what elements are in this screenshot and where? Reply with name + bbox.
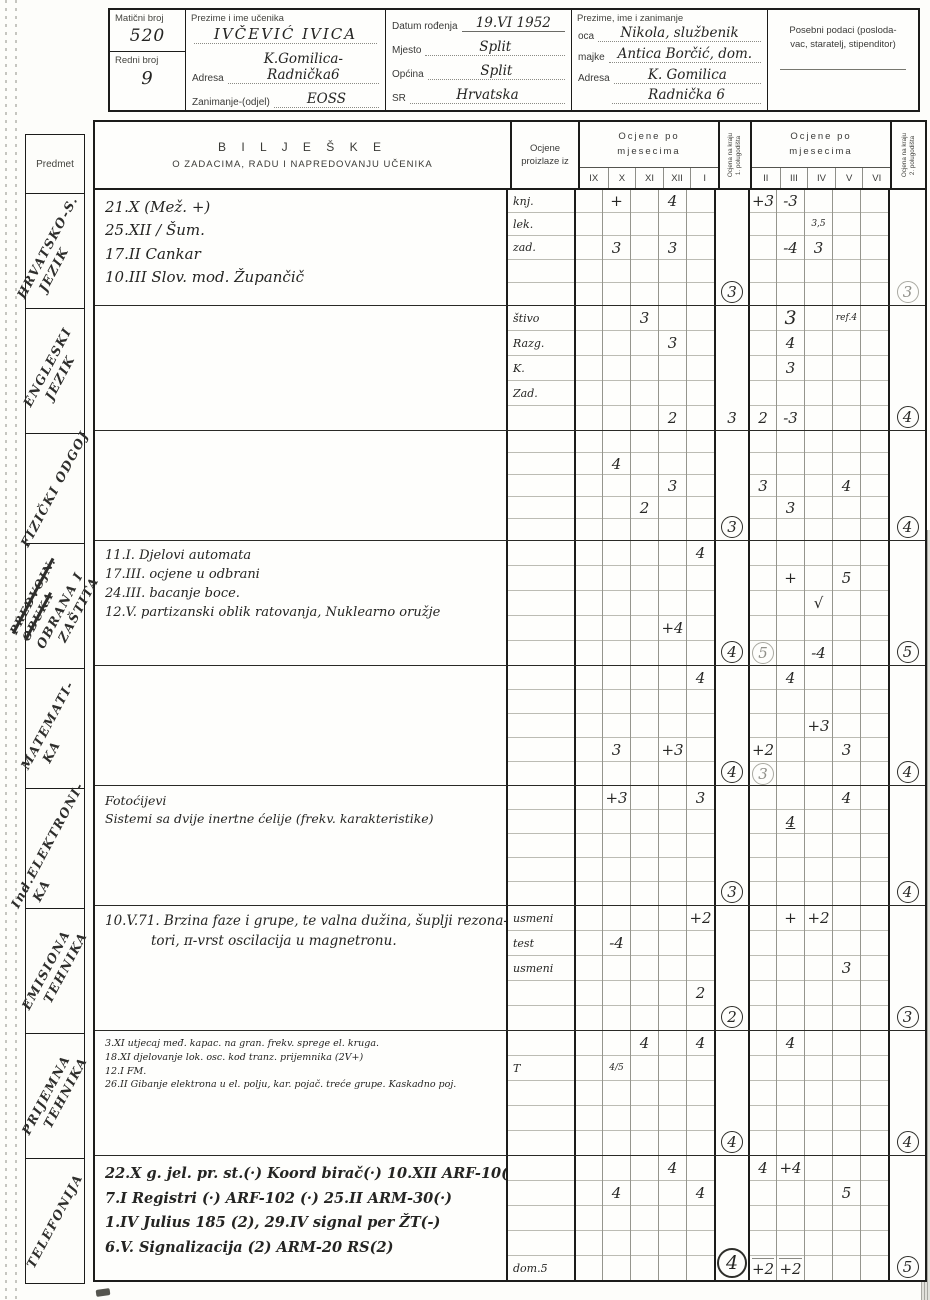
grade-cell <box>833 1156 860 1180</box>
grade-cell <box>631 1055 658 1080</box>
grade-cell <box>576 330 602 355</box>
birth-column: Datum rođenja 19.VI 1952 Mjesto Split Op… <box>386 10 572 110</box>
semester2-label: Ocjena na kraju 2. polugodišta <box>901 133 917 177</box>
grade-cell <box>805 980 832 1005</box>
grade-cell <box>833 405 860 430</box>
grade-cell <box>659 906 686 930</box>
proizlaze-header: Ocjene proizlaze iz <box>510 122 578 188</box>
semester1-final-grade: 2 <box>721 1006 743 1028</box>
student-header-box: Matični broj 520 Redni broj 9 Prezime i … <box>108 8 920 112</box>
subject-label: MATEMATI-KA <box>18 677 93 779</box>
adresa-label: Adresa <box>192 73 228 84</box>
grade-cell <box>576 496 602 518</box>
grade-cell <box>805 518 832 540</box>
grade-cell <box>659 809 686 833</box>
grade-cell <box>861 930 888 955</box>
semester2-final-grade: 3 <box>897 281 919 303</box>
grade-cell <box>750 306 776 330</box>
sources-column <box>506 541 574 665</box>
grade-cell <box>576 1080 602 1105</box>
grade-cell <box>777 640 804 665</box>
source-cell: usmeni <box>508 906 574 930</box>
grade-mark: -4 <box>609 934 624 952</box>
datum-row: Datum rođenja 19.VI 1952 <box>386 15 571 32</box>
source-cell <box>508 615 574 640</box>
grade-mark: 3 <box>612 741 622 759</box>
month-column-IX <box>574 541 602 665</box>
grade-cell <box>833 235 860 258</box>
grade-cell: +4 <box>777 1156 804 1180</box>
month-column-V <box>832 190 860 305</box>
subject-cell: MATEMATI-KA <box>25 669 85 789</box>
grade-cell <box>659 980 686 1005</box>
month-column-II: 4+2 <box>748 1156 776 1280</box>
subject-row: 11.I. Djelovi automata17.III. ocjene u o… <box>95 540 925 665</box>
source-label: knj. <box>513 195 534 208</box>
grade-cell <box>750 1180 776 1205</box>
grade-cell <box>777 590 804 615</box>
grade-mark: 4 <box>612 1184 622 1202</box>
posebni-column: Posebni podaci (posloda- vac, staratelj,… <box>768 10 918 110</box>
grade-cell <box>777 518 804 540</box>
grade-cell <box>805 190 832 212</box>
grade-area: 3+344+234+334 <box>506 666 925 785</box>
grade-cell: 4 <box>777 666 804 689</box>
note-line: 25.XII / Šum. <box>105 219 502 242</box>
grade-mark: +3 <box>661 741 683 759</box>
grade-cell <box>659 1080 686 1105</box>
grade-cell: 3,5 <box>805 212 832 235</box>
month-column-I <box>686 306 714 430</box>
month-column-II <box>748 786 776 905</box>
month-header-I: I <box>690 168 718 188</box>
maticni-broj-value: 520 <box>110 26 185 46</box>
grade-cell <box>687 857 714 881</box>
grade-cell <box>861 282 888 305</box>
grade-mark: + <box>784 569 797 587</box>
grade-cell <box>659 881 686 905</box>
grade-cell <box>805 1180 832 1205</box>
subject-label: TELEFONIJA <box>23 1171 87 1271</box>
grade-cell <box>576 1005 602 1030</box>
grade-cell <box>687 431 714 452</box>
month-column-VI <box>860 431 888 540</box>
grade-area: +4445+√-455 <box>506 541 925 665</box>
zanimanje-value: EOSS <box>274 91 379 108</box>
adresa2b-row: Radnička 6 <box>572 87 767 104</box>
majke-label: majke <box>578 52 609 63</box>
grade-cell: + <box>777 565 804 590</box>
grade-cell <box>833 1055 860 1080</box>
grade-cell <box>631 1180 658 1205</box>
predmet-label: Predmet <box>36 159 74 170</box>
month-column-XI: 4 <box>630 1031 658 1155</box>
grade-cell <box>861 518 888 540</box>
grade-mark: 3 <box>784 307 796 329</box>
source-cell: Razg. <box>508 330 574 355</box>
majka-row: majke Antica Borčić, dom. <box>572 46 767 63</box>
grade-cell <box>631 518 658 540</box>
grade-cell <box>631 541 658 565</box>
grade-cell: 4 <box>659 1156 686 1180</box>
grade-cell: -4 <box>603 930 630 955</box>
month-column-I <box>686 431 714 540</box>
grade-cell <box>687 235 714 258</box>
month-column-III: 4 <box>776 786 804 905</box>
grade-cell <box>805 282 832 305</box>
grade-cell <box>631 355 658 380</box>
oca-label: oca <box>578 31 598 42</box>
grade-mark: √ <box>814 594 824 612</box>
month-column-XI <box>630 541 658 665</box>
grade-cell <box>861 666 888 689</box>
month-column-VI <box>860 906 888 1030</box>
grade-cell <box>805 955 832 980</box>
month-header-X: X <box>608 168 636 188</box>
grade-cell <box>659 666 686 689</box>
grade-cell <box>631 1130 658 1155</box>
grade-area: štivoRazg.K.Zad.33232343-3ref.44 <box>506 306 925 430</box>
grade-cell <box>861 431 888 452</box>
grade-cell <box>687 590 714 615</box>
grade-mark: +2 <box>807 909 829 927</box>
grade-cell: 3 <box>805 235 832 258</box>
grade-cell <box>631 380 658 405</box>
grade-cell <box>631 833 658 857</box>
sources-column: T <box>506 1031 574 1155</box>
adresa2b-value: Radnička 6 <box>612 87 761 104</box>
mjesto-label: Mjesto <box>392 45 425 56</box>
grade-cell <box>659 355 686 380</box>
grade-cell: 4 <box>750 1156 776 1180</box>
sources-column: dom.5 <box>506 1156 574 1280</box>
grade-cell <box>805 474 832 496</box>
subject-cell: EMISIONATEHNIKA <box>25 909 85 1034</box>
final-grade-circle: 4 <box>721 1131 743 1153</box>
subject-row: 3.XI utjecaj međ. kapac. na gran. frekv.… <box>95 1030 925 1155</box>
grade-cell <box>750 518 776 540</box>
subject-cell: ENGLESKIJEZIK <box>25 309 85 434</box>
grade-cell <box>805 833 832 857</box>
month-column-III: -3-4 <box>776 190 804 305</box>
grade-mark: ref.4 <box>836 313 857 323</box>
grade-cell: 3 <box>603 235 630 258</box>
month-column-I: +22 <box>686 906 714 1030</box>
grade-cell <box>659 590 686 615</box>
month-column-X: +3 <box>602 190 630 305</box>
grade-mark: 4 <box>842 477 852 495</box>
grade-cell <box>833 640 860 665</box>
month-column-X: 4 <box>602 1156 630 1280</box>
grade-cell <box>603 431 630 452</box>
month-column-XII <box>658 906 686 1030</box>
grade-mark: -4 <box>811 644 826 662</box>
note-line: 12.V. partizanski oblik ratovanja, Nukle… <box>105 604 502 623</box>
grade-cell <box>603 640 630 665</box>
source-cell: dom.5 <box>508 1255 574 1280</box>
semester2-final-grade: 4 <box>897 406 919 428</box>
grade-cell: 4 <box>687 1180 714 1205</box>
grade-cell <box>833 330 860 355</box>
month-column-XII: 3 <box>658 431 686 540</box>
month-column-XI <box>630 190 658 305</box>
mjesto-value: Split <box>425 39 565 56</box>
grade-cell <box>805 355 832 380</box>
grade-cell <box>603 518 630 540</box>
semester1-final-grade: 4 <box>721 761 743 783</box>
source-cell <box>508 259 574 282</box>
grade-cell <box>576 282 602 305</box>
final-grade-circle: 3 <box>897 1006 919 1028</box>
grade-cell <box>805 496 832 518</box>
majka-value: Antica Borčić, dom. <box>609 46 761 63</box>
semester2-final-grade: 4 <box>897 1131 919 1153</box>
sources-column <box>506 786 574 905</box>
semester2-column: 5 <box>888 541 925 665</box>
grade-cell <box>833 1205 860 1230</box>
ucenik-value: IVČEVIĆ IVICA <box>194 25 377 44</box>
subject-row: 3+344+234+334 <box>95 665 925 785</box>
grade-cell <box>576 906 602 930</box>
grade-cell <box>805 259 832 282</box>
grade-cell: +2 <box>687 906 714 930</box>
grade-mark: 2 <box>640 499 650 517</box>
grade-cell <box>861 1080 888 1105</box>
grade-cell <box>805 809 832 833</box>
month-column-I: 4 <box>686 1156 714 1280</box>
grade-cell <box>631 565 658 590</box>
month-header-VI: VI <box>862 168 890 188</box>
month-column-VI <box>860 1156 888 1280</box>
grade-cell <box>576 590 602 615</box>
months-label-1: Ocjene pomjesecima <box>580 122 718 167</box>
grade-cell <box>603 541 630 565</box>
grade-cell <box>861 1130 888 1155</box>
grade-cell: -4 <box>777 235 804 258</box>
grade-mark: 3 <box>668 239 678 257</box>
grade-cell <box>833 615 860 640</box>
source-label: Razg. <box>513 337 544 350</box>
proizlaze-line2: proizlaze iz <box>521 155 569 168</box>
grade-cell <box>631 1005 658 1030</box>
grade-area: +333444 <box>506 786 925 905</box>
grade-cell <box>861 833 888 857</box>
grade-cell <box>659 857 686 881</box>
grade-cell <box>805 565 832 590</box>
grade-cell <box>833 212 860 235</box>
grade-cell: +2 <box>750 1255 776 1280</box>
source-cell: Zad. <box>508 380 574 405</box>
semester1-final-grade: 4 <box>717 1248 747 1278</box>
grade-cell <box>631 881 658 905</box>
month-column-VI <box>860 541 888 665</box>
grade-cell <box>805 405 832 430</box>
zanimanje-label: Zanimanje-(odjel) <box>192 97 274 108</box>
grade-cell <box>805 689 832 713</box>
grade-cell <box>833 1080 860 1105</box>
mjesto-row: Mjesto Split <box>386 39 571 56</box>
grade-cell <box>777 980 804 1005</box>
month-column-XII: 32 <box>658 306 686 430</box>
grade-cell <box>659 1255 686 1280</box>
semester2-column: 3 <box>888 906 925 1030</box>
predmet-header: Predmet <box>25 134 85 194</box>
grade-mark: +3 <box>807 717 829 735</box>
grade-cell <box>659 518 686 540</box>
grade-cell <box>687 405 714 430</box>
grade-cell <box>631 689 658 713</box>
grade-cell <box>603 1130 630 1155</box>
subject-row: 10.V.71. Brzina faze i grupe, te valna d… <box>95 905 925 1030</box>
grade-cell <box>659 1205 686 1230</box>
source-cell <box>508 541 574 565</box>
grade-cell: 3 <box>750 474 776 496</box>
source-cell <box>508 980 574 1005</box>
grade-cell <box>750 355 776 380</box>
subject-row: 21.X (Mež. +)25.XII / Šum.17.II Cankar10… <box>95 190 925 305</box>
month-column-X: -4 <box>602 906 630 1030</box>
grade-cell <box>805 786 832 809</box>
grade-cell <box>833 1105 860 1130</box>
grade-cell <box>861 541 888 565</box>
grade-cell: 3 <box>777 306 804 330</box>
note-line: 12.I FM. <box>105 1065 502 1079</box>
grade-cell <box>687 833 714 857</box>
note-line: 1.IV Julius 185 (2), 29.IV signal per ŽT… <box>105 1211 502 1236</box>
grade-cell <box>659 1005 686 1030</box>
grade-cell <box>750 212 776 235</box>
grade-cell <box>805 666 832 689</box>
grade-cell: +4 <box>659 615 686 640</box>
month-column-II: +23 <box>748 666 776 785</box>
grade-cell <box>631 713 658 737</box>
semester2-header: Ocjena na kraju 2. polugodišta <box>890 122 925 188</box>
scan-artifact <box>96 1288 111 1297</box>
grade-mark: 3 <box>640 309 650 327</box>
adresa2-value: K. Gomilica <box>614 67 761 84</box>
grade-cell <box>833 259 860 282</box>
grade-cell <box>805 615 832 640</box>
grade-cell <box>861 259 888 282</box>
grade-cell <box>631 786 658 809</box>
subject-column: Predmet HRVATSKO-S.JEZIKENGLESKIJEZIKFIZ… <box>25 134 85 1284</box>
source-cell: knj. <box>508 190 574 212</box>
subject-cell: PREDVOJN.OBUKAOBRANA IZAŠTITA <box>25 544 85 669</box>
grade-cell <box>750 541 776 565</box>
grade-cell: 2 <box>659 405 686 430</box>
grade-cell <box>576 761 602 785</box>
grade-cell <box>805 1130 832 1155</box>
note-line: 17.II Cankar <box>105 243 502 266</box>
semester1-final-grade: 3 <box>721 281 743 303</box>
grade-mark: 4 <box>668 192 678 210</box>
grade-cell: 2 <box>631 496 658 518</box>
grade-cell <box>833 1130 860 1155</box>
month-column-XI <box>630 666 658 785</box>
month-column-IV: 3,53 <box>804 190 832 305</box>
grade-cell <box>603 980 630 1005</box>
month-column-XII: +3 <box>658 666 686 785</box>
month-column-III: 4 <box>776 666 804 785</box>
month-column-XI <box>630 786 658 905</box>
grade-cell <box>861 857 888 881</box>
grade-cell <box>631 930 658 955</box>
grade-cell <box>805 737 832 761</box>
semester2-final-grade: 5 <box>897 1256 919 1278</box>
month-column-III: +4+2 <box>776 1156 804 1280</box>
grade-cell <box>576 833 602 857</box>
grade-cell <box>861 640 888 665</box>
grade-cell <box>777 380 804 405</box>
grade-cell <box>631 737 658 761</box>
month-column-VI <box>860 306 888 430</box>
final-grade-circle: 3 <box>897 281 919 303</box>
grade-mark: +2 <box>752 1258 774 1278</box>
grade-cell <box>805 541 832 565</box>
final-grade-circle: 4 <box>897 406 919 428</box>
grade-cell <box>777 1230 804 1255</box>
scanned-record-card: Matični broj 520 Redni broj 9 Prezime i … <box>0 0 930 1300</box>
grade-cell <box>603 1080 630 1105</box>
semester1-column: 3 <box>714 431 748 540</box>
grade-cell <box>603 1230 630 1255</box>
grade-cell <box>861 1105 888 1130</box>
subject-row: 42333344 <box>95 430 925 540</box>
grade-cell <box>576 786 602 809</box>
grade-cell <box>861 1205 888 1230</box>
grade-cell <box>659 1055 686 1080</box>
grade-mark: +3 <box>752 192 774 210</box>
subject-label: FIZIČKI ODGOJ <box>17 428 92 550</box>
zanimanje-row: Zanimanje-(odjel) EOSS <box>186 91 385 108</box>
source-cell: K. <box>508 355 574 380</box>
source-label: dom.5 <box>513 1262 548 1275</box>
grade-cell <box>833 518 860 540</box>
grade-cell <box>833 809 860 833</box>
grade-cell <box>659 565 686 590</box>
grade-cell <box>631 666 658 689</box>
grade-cell <box>631 190 658 212</box>
month-column-X: 4/5 <box>602 1031 630 1155</box>
grade-cell <box>687 259 714 282</box>
grade-cell <box>777 541 804 565</box>
maticni-broj-label: Matični broj <box>110 10 185 24</box>
adresa2-label: Adresa <box>578 73 614 84</box>
grade-cell <box>687 1255 714 1280</box>
month-column-IX <box>574 1156 602 1280</box>
month-column-XII: +4 <box>658 541 686 665</box>
grade-mark: -3 <box>783 192 798 210</box>
grade-cell <box>750 1130 776 1155</box>
month-column-X: 3 <box>602 666 630 785</box>
grade-cell <box>576 1230 602 1255</box>
grade-cell <box>833 689 860 713</box>
grade-cell <box>659 833 686 857</box>
opcina-label: Općina <box>392 69 428 80</box>
grade-cell: 3 <box>833 737 860 761</box>
semester2-final-grade: 5 <box>897 641 919 663</box>
months-group-2: Ocjene pomjesecima IIIIIIVVVI <box>750 122 890 188</box>
grade-cell <box>603 306 630 330</box>
month-column-V: 5 <box>832 1156 860 1280</box>
grade-cell <box>750 1230 776 1255</box>
subject-row: štivoRazg.K.Zad.33232343-3ref.44 <box>95 305 925 430</box>
month-header-XI: XI <box>635 168 663 188</box>
note-line: 24.III. bacanje boce. <box>105 585 502 604</box>
grade-cell <box>576 541 602 565</box>
grade-cell: ref.4 <box>833 306 860 330</box>
semester1-column: 3 <box>714 190 748 305</box>
